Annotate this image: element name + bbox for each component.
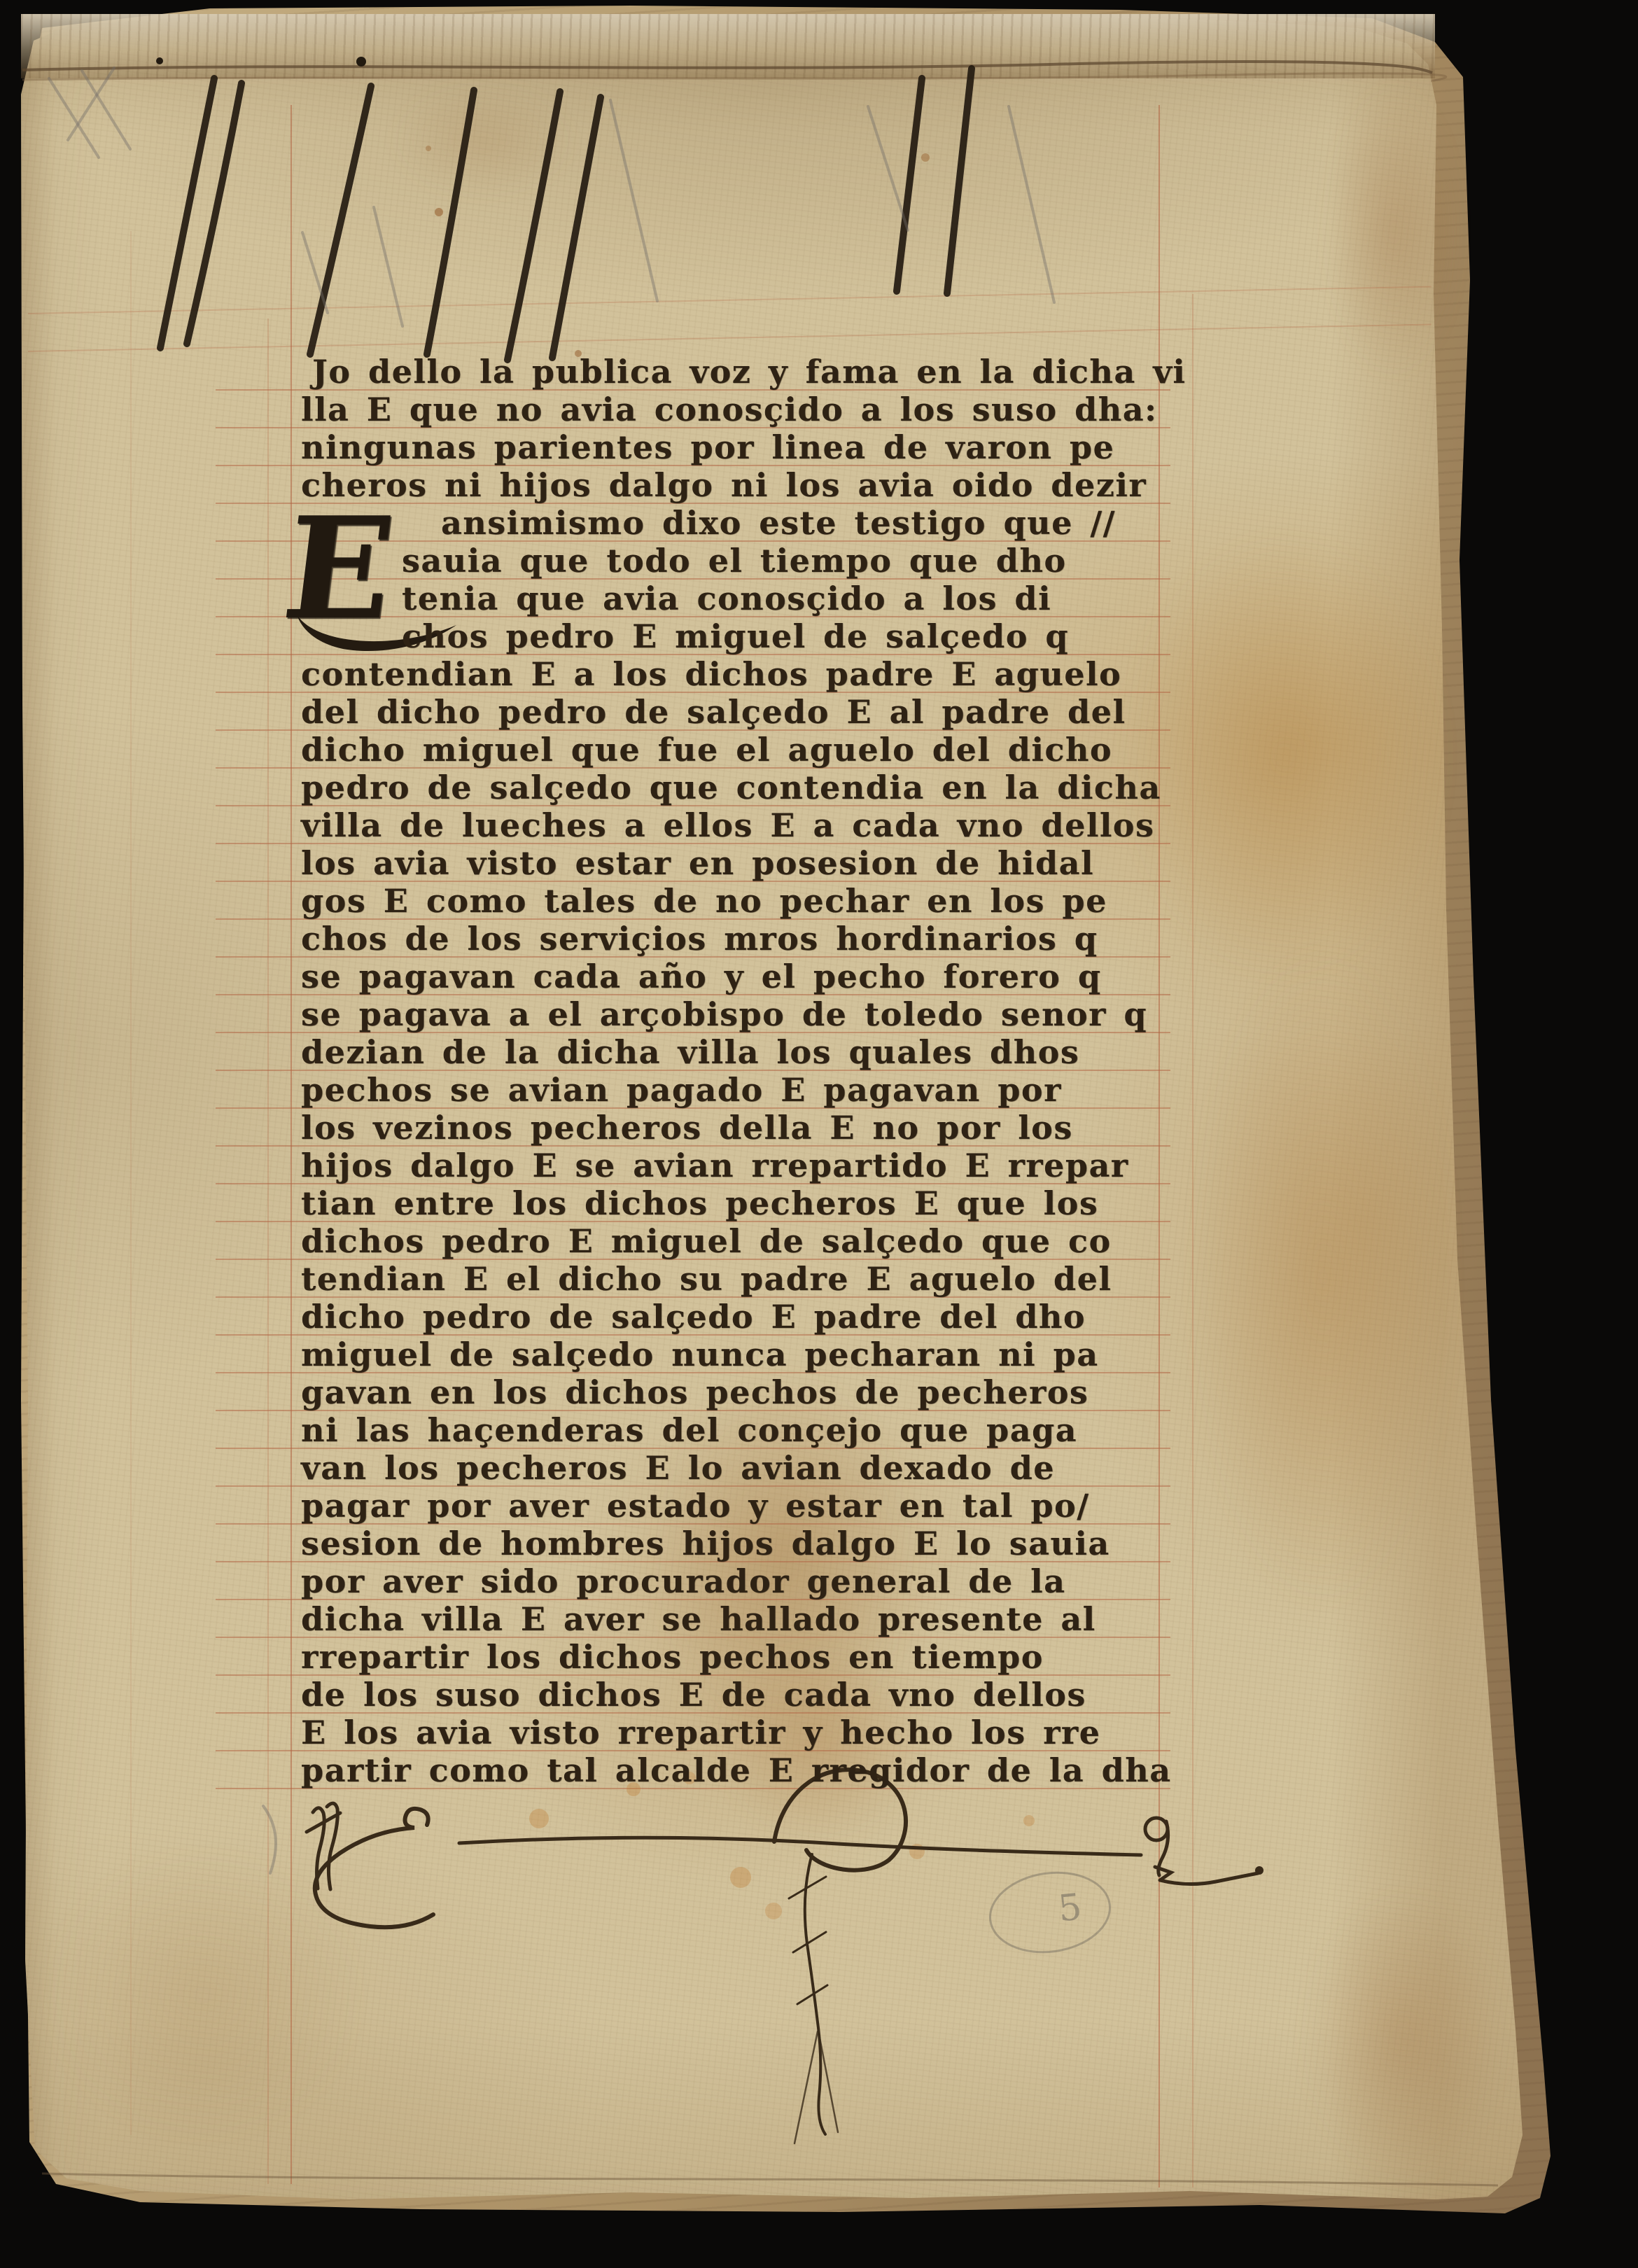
manuscript-line: ni las haçenderas del conçejo que paga bbox=[0, 1411, 1638, 1449]
manuscript-line: se pagava a el arçobispo de toledo senor… bbox=[0, 995, 1638, 1033]
manuscript-line: gavan en los dichos pechos de pecheros bbox=[0, 1373, 1638, 1411]
foliation-circle bbox=[985, 1865, 1115, 1960]
manuscript-line: pedro de salçedo que contendia en la dic… bbox=[0, 769, 1638, 806]
manuscript-line: miguel de salçedo nunca pecharan ni pa bbox=[0, 1336, 1638, 1373]
manuscript-line: dicho miguel que fue el aguelo del dicho bbox=[0, 731, 1638, 769]
manuscript-line: rrepartir los dichos pechos en tiempo bbox=[0, 1638, 1638, 1676]
manuscript-line: tian entre los dichos pecheros E que los bbox=[0, 1184, 1638, 1222]
manuscript-line: Jo dello la publica voz y fama en la dic… bbox=[0, 353, 1638, 391]
manuscript-line: E los avia visto rrepartir y hecho los r… bbox=[0, 1714, 1638, 1751]
foliation-number: 5 bbox=[1056, 1886, 1084, 1930]
manuscript-line: contendian E a los dichos padre E aguelo bbox=[0, 655, 1638, 693]
cancellation-slashes bbox=[160, 69, 972, 360]
manuscript-line: gos E como tales de no pechar en los pe bbox=[0, 882, 1638, 920]
manuscript-line: dezian de la dicha villa los quales dhos bbox=[0, 1033, 1638, 1071]
manuscript-line: por aver sido procurador general de la bbox=[0, 1562, 1638, 1600]
manuscript-line: sesion de hombres hijos dalgo E lo sauia bbox=[0, 1525, 1638, 1562]
manuscript-line: hijos dalgo E se avian rrepartido E rrep… bbox=[0, 1147, 1638, 1184]
manuscript-line: ningunas parientes por linea de varon pe bbox=[0, 428, 1638, 466]
manuscript-line: tenia que avia conosçido a los di bbox=[0, 580, 1638, 617]
manuscript-line: dichos pedro E miguel de salçedo que co bbox=[0, 1222, 1638, 1260]
manuscript-line: villa de lueches a ellos E a cada vno de… bbox=[0, 806, 1638, 844]
text-block: Jo dello la publica voz y fama en la dic… bbox=[0, 353, 1638, 1789]
manuscript-line: dicha villa E aver se hallado presente a… bbox=[0, 1600, 1638, 1638]
manuscript-scan: E Jo dello la publica voz y fama en la d… bbox=[0, 0, 1638, 2268]
manuscript-line: se pagavan cada año y el pecho forero q bbox=[0, 958, 1638, 995]
manuscript-line: del dicho pedro de salçedo E al padre de… bbox=[0, 693, 1638, 731]
manuscript-line: chos pedro E miguel de salçedo q bbox=[0, 617, 1638, 655]
manuscript-line: ansimismo dixo este testigo que // bbox=[0, 504, 1638, 542]
manuscript-line: chos de los serviçios mros hordinarios q bbox=[0, 920, 1638, 958]
manuscript-line: dicho pedro de salçedo E padre del dho bbox=[0, 1298, 1638, 1336]
manuscript-line: los avia visto estar en posesion de hida… bbox=[0, 844, 1638, 882]
manuscript-line: pechos se avian pagado E pagavan por bbox=[0, 1071, 1638, 1109]
bottom-paraph-flourishes bbox=[307, 1770, 1263, 2143]
manuscript-line: sauia que todo el tiempo que dho bbox=[0, 542, 1638, 580]
manuscript-line: de los suso dichos E de cada vno dellos bbox=[0, 1676, 1638, 1714]
manuscript-line: tendian E el dicho su padre E aguelo del bbox=[0, 1260, 1638, 1298]
manuscript-line: cheros ni hijos dalgo ni los avia oido d… bbox=[0, 466, 1638, 504]
manuscript-line: partir como tal alcalde E rregidor de la… bbox=[0, 1751, 1638, 1789]
manuscript-line: los vezinos pecheros della E no por los bbox=[0, 1109, 1638, 1147]
manuscript-line: van los pecheros E lo avian dexado de bbox=[0, 1449, 1638, 1487]
manuscript-line: pagar por aver estado y estar en tal po/ bbox=[0, 1487, 1638, 1525]
manuscript-line: lla E que no avia conosçido a los suso d… bbox=[0, 391, 1638, 428]
